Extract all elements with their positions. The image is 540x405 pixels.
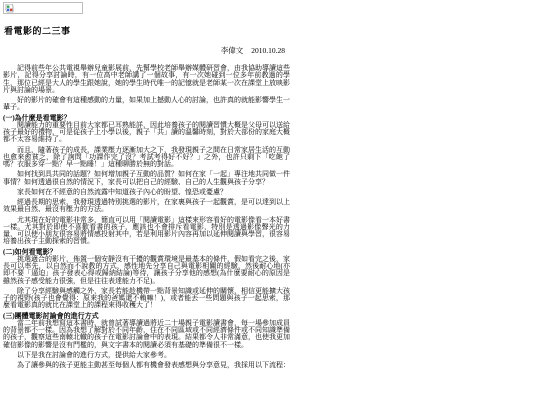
broken-image-placeholder <box>3 2 83 14</box>
broken-image-icon <box>5 4 14 13</box>
paragraph: 除了分享經驗與感觸之外，家長若能趁機帶一點背景知識或延伸的關懷，相信更能擴大孩子… <box>3 288 290 310</box>
paragraph: 當二年前我想寫這本書時，就曾試著導讀過將近二十場親子電影讀書會，每一場參加成員的… <box>3 320 290 349</box>
publish-date: 2010.10.28 <box>251 46 285 55</box>
paragraph: 家長如何在不經意的自然流露中知道孩子內心的盼望、惶恐或憂慮？ <box>3 189 290 196</box>
paragraph: 經過長期的思索，我發現透過特別挑選的影片，在家裏與孩子一起觀賞，是可以達到以上效… <box>3 199 290 214</box>
paragraph: 閱讀能力的重要性目前大家都已耳熟能詳，因此培養孩子的閱讀習慣大概是父母可以送給孩… <box>3 122 290 144</box>
paragraph: 尤其現在好的電影非常多，簡直可以用「閱讀電影」這樣來形容看好的電影像看一本好書一… <box>3 217 290 246</box>
author-name: 李偉文 <box>221 46 244 55</box>
paragraph: 如何找到具共同的話題？如何增加親子互動的品質？如何在家「一起」專注地共同做一件事… <box>3 171 290 186</box>
paragraph: 而且，隨著孩子的成長，課業壓力逐漸加大之下，我發現親子之間在日常家居生活的互動也… <box>3 147 290 169</box>
paragraph: 挑選適合的影片，佈置一個安靜沒有干擾的觀賞環境是最基本的條件，假如看完之後，家長… <box>3 256 290 285</box>
byline: 李偉文2010.10.28 <box>3 45 290 56</box>
document-content: 看電影的二三事 李偉文2010.10.28 記得前些年公共電視舉辦兒童影展前，先… <box>0 0 292 369</box>
intro-paragraph: 記得前些年公共電視舉辦兒童影展前，先幫學校老師舉辦媒體研習會，由我協助導讀這些影… <box>3 65 290 94</box>
paragraph: 以下是我在討論會的進行方式，提供給大家參考。 <box>3 352 290 359</box>
document-page: 看電影的二三事 李偉文2010.10.28 記得前些年公共電視舉辦兒童影展前，先… <box>0 0 540 405</box>
intro-paragraph: 好的影片的確會有這種感動的力量，如果加上撼動人心的討論，也許真的就能影響學生一輩… <box>3 97 290 112</box>
paragraph: 為了讓參與的孩子更能主動甚至每個人都有機會發表感想與分享意見，我採用以下流程： <box>3 362 290 369</box>
page-title: 看電影的二三事 <box>4 24 290 37</box>
